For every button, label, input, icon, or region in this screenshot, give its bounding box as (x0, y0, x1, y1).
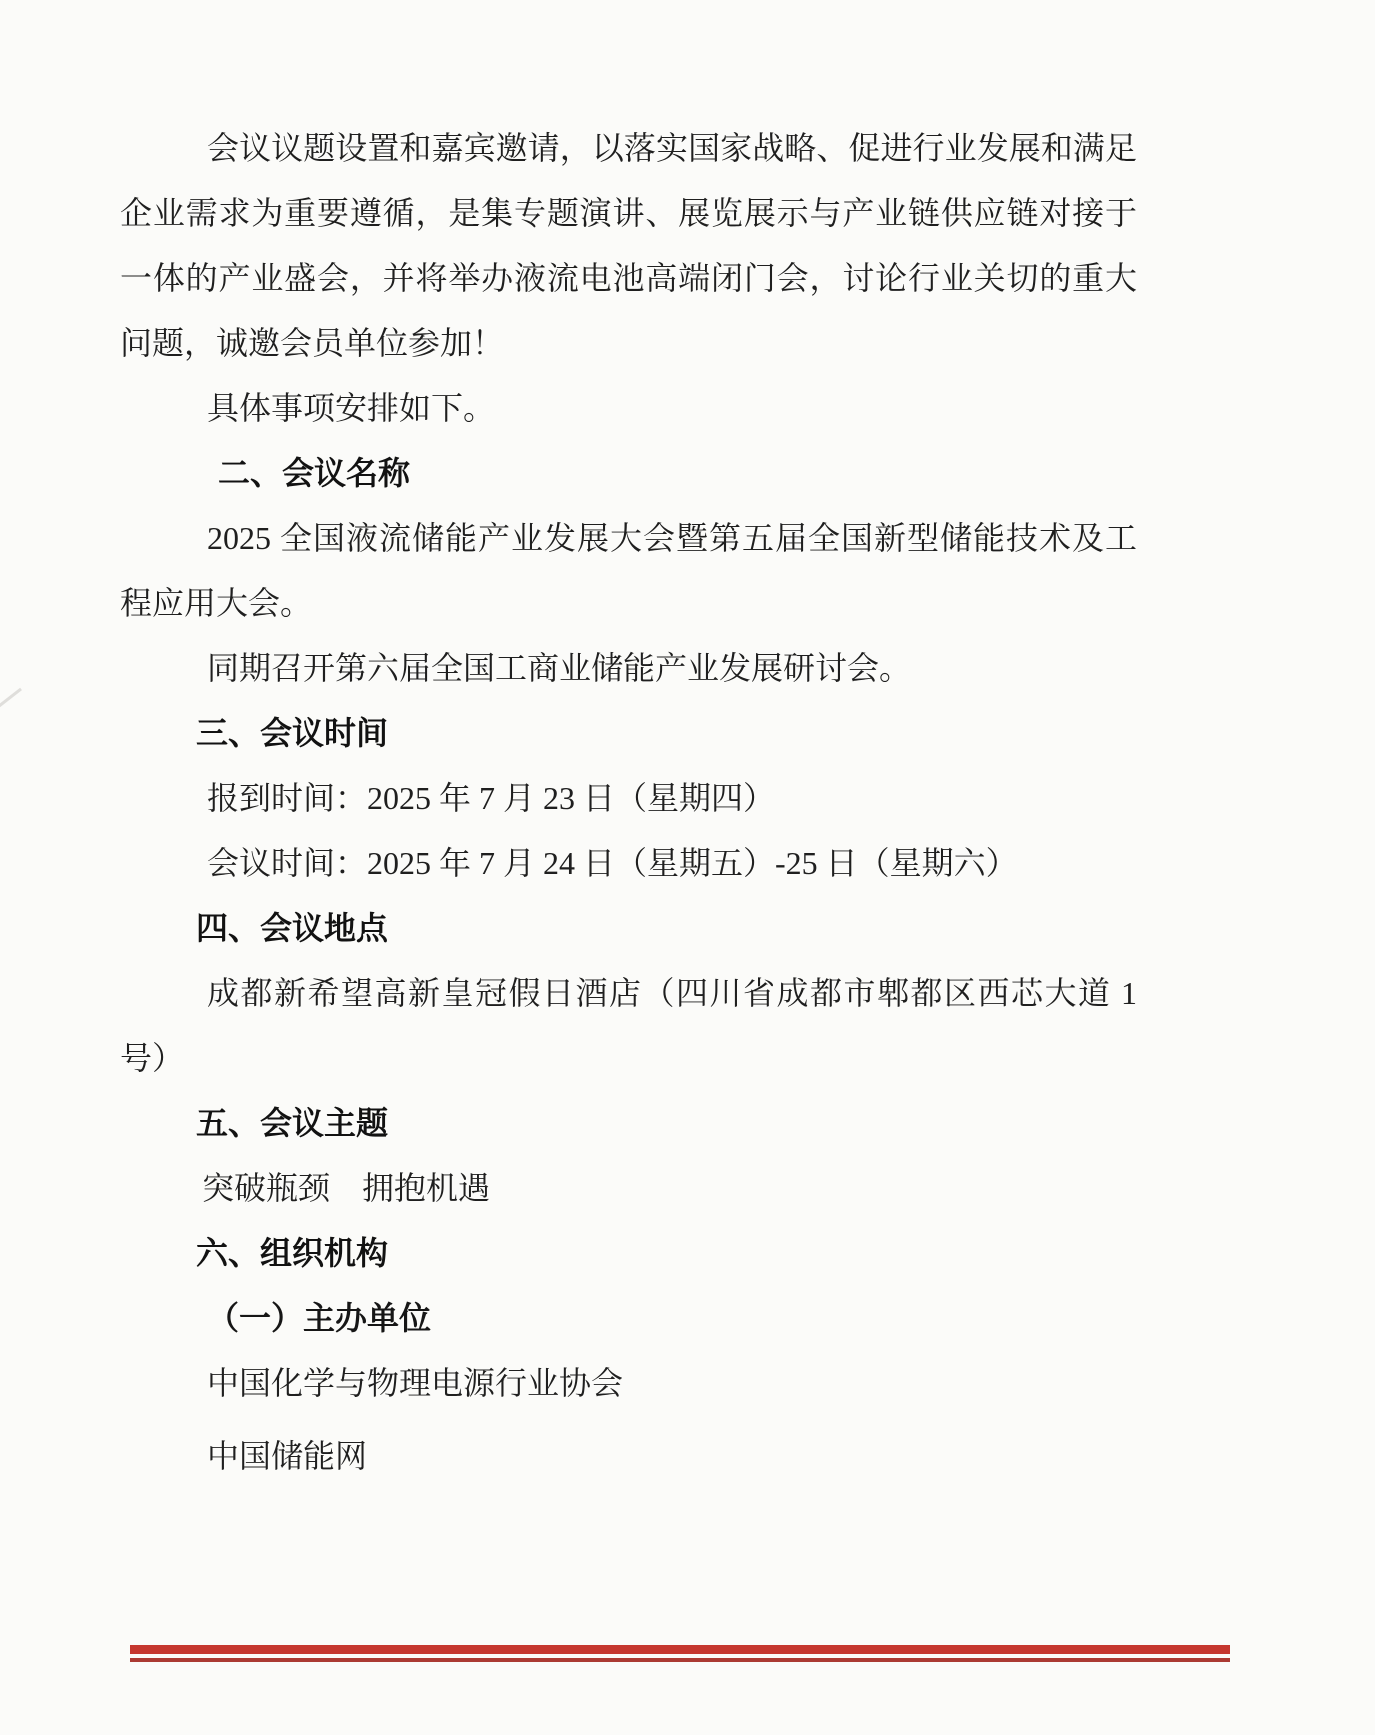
heading-organization: 六、组织机构 (120, 1221, 1137, 1286)
paragraph-intro: 会议议题设置和嘉宾邀请，以落实国家战略、促进行业发展和满足企业需求为重要遵循，是… (120, 116, 1137, 376)
heading-conference-venue: 四、会议地点 (120, 896, 1137, 961)
heading-conference-theme: 五、会议主题 (120, 1091, 1137, 1156)
paragraph-host-unit-2: 中国储能网 (120, 1424, 1137, 1489)
paragraph-host-unit-1: 中国化学与物理电源行业协会 (120, 1351, 1137, 1416)
paragraph-meeting-time: 会议时间：2025 年 7 月 24 日（星期五）-25 日（星期六） (120, 831, 1137, 896)
paragraph-concurrent-session: 同期召开第六届全国工商业储能产业发展研讨会。 (120, 636, 1137, 701)
paragraph-arrangements-note: 具体事项安排如下。 (120, 376, 1137, 441)
paragraph-checkin-time: 报到时间：2025 年 7 月 23 日（星期四） (120, 766, 1137, 831)
footer-rule-thick-line (130, 1645, 1230, 1654)
document-page: 会议议题设置和嘉宾邀请，以落实国家战略、促进行业发展和满足企业需求为重要遵循，是… (0, 0, 1375, 1735)
subheading-host-units: （一）主办单位 (120, 1286, 1137, 1351)
heading-conference-time: 三、会议时间 (120, 701, 1137, 766)
scan-artifact (0, 688, 22, 708)
paragraph-conference-name: 2025 全国液流储能产业发展大会暨第五届全国新型储能技术及工程应用大会。 (120, 506, 1137, 636)
document-body: 会议议题设置和嘉宾邀请，以落实国家战略、促进行业发展和满足企业需求为重要遵循，是… (120, 116, 1137, 1489)
heading-conference-name: 二、会议名称 (120, 441, 1137, 506)
paragraph-venue-address: 成都新希望高新皇冠假日酒店（四川省成都市郫都区西芯大道 1 号） (120, 961, 1137, 1091)
footer-double-rule (130, 1645, 1230, 1663)
paragraph-theme: 突破瓶颈 拥抱机遇 (120, 1156, 1137, 1221)
footer-rule-thin-line (130, 1658, 1230, 1662)
